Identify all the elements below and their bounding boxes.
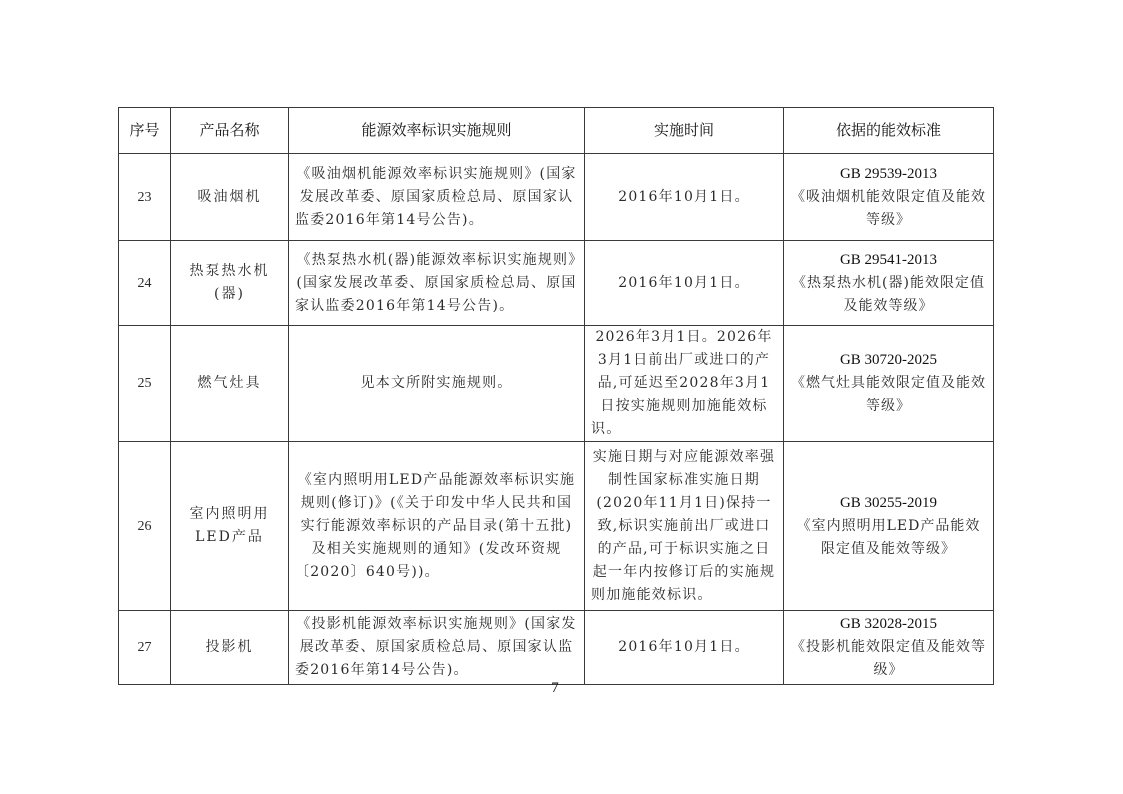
table-header-row: 序号 产品名称 能源效率标识实施规则 实施时间 依据的能效标准	[119, 108, 994, 154]
standard-name: 《投影机能效限定值及能效等级》	[790, 636, 987, 682]
header-product-name: 产品名称	[171, 108, 289, 154]
standard-code: GB 30720-2025	[790, 349, 987, 372]
row-number: 26	[119, 442, 171, 611]
document-page: 序号 产品名称 能源效率标识实施规则 实施时间 依据的能效标准 23 吸油烟机 …	[0, 0, 1123, 794]
efficiency-standard: GB 30255-2019 《室内照明用LED产品能效限定值及能效等级》	[784, 442, 994, 611]
labeling-rule: 《投影机能源效率标识实施规则》(国家发展改革委、原国家质检总局、原国家认监委20…	[289, 611, 585, 685]
row-number: 27	[119, 611, 171, 685]
header-labeling-rule: 能源效率标识实施规则	[289, 108, 585, 154]
standard-name: 《燃气灶具能效限定值及能效等级》	[790, 372, 987, 418]
standard-code: GB 29539-2013	[790, 163, 987, 186]
efficiency-standard: GB 32028-2015 《投影机能效限定值及能效等级》	[784, 611, 994, 685]
table-row: 27 投影机 《投影机能源效率标识实施规则》(国家发展改革委、原国家质检总局、原…	[119, 611, 994, 685]
row-number: 25	[119, 326, 171, 442]
header-efficiency-standard: 依据的能效标准	[784, 108, 994, 154]
row-number: 24	[119, 241, 171, 326]
standard-code: GB 30255-2019	[790, 492, 987, 515]
efficiency-standard: GB 29541-2013 《热泵热水机(器)能效限定值及能效等级》	[784, 241, 994, 326]
standard-code: GB 32028-2015	[790, 613, 987, 636]
standard-name: 《室内照明用LED产品能效限定值及能效等级》	[790, 515, 987, 561]
efficiency-standard: GB 30720-2025 《燃气灶具能效限定值及能效等级》	[784, 326, 994, 442]
header-serial-number: 序号	[119, 108, 171, 154]
page-number: 7	[548, 680, 562, 697]
row-number: 23	[119, 154, 171, 241]
product-name: 室内照明用LED产品	[171, 442, 289, 611]
labeling-rule: 《室内照明用LED产品能源效率标识实施规则(修订)》(《关于印发中华人民共和国实…	[289, 442, 585, 611]
table-row: 23 吸油烟机 《吸油烟机能源效率标识实施规则》(国家发展改革委、原国家质检总局…	[119, 154, 994, 241]
standard-name: 《吸油烟机能效限定值及能效等级》	[790, 186, 987, 232]
implementation-time: 2016年10月1日。	[585, 154, 784, 241]
product-name: 热泵热水机(器)	[171, 241, 289, 326]
standard-name: 《热泵热水机(器)能效限定值及能效等级》	[790, 272, 987, 318]
energy-label-products-table: 序号 产品名称 能源效率标识实施规则 实施时间 依据的能效标准 23 吸油烟机 …	[118, 107, 994, 685]
table-row: 25 燃气灶具 见本文所附实施规则。 2026年3月1日。2026年3月1日前出…	[119, 326, 994, 442]
standard-code: GB 29541-2013	[790, 249, 987, 272]
efficiency-standard: GB 29539-2013 《吸油烟机能效限定值及能效等级》	[784, 154, 994, 241]
product-name: 吸油烟机	[171, 154, 289, 241]
product-name: 投影机	[171, 611, 289, 685]
table-row: 24 热泵热水机(器) 《热泵热水机(器)能源效率标识实施规则》(国家发展改革委…	[119, 241, 994, 326]
labeling-rule: 见本文所附实施规则。	[289, 326, 585, 442]
labeling-rule: 《吸油烟机能源效率标识实施规则》(国家发展改革委、原国家质检总局、原国家认监委2…	[289, 154, 585, 241]
product-name: 燃气灶具	[171, 326, 289, 442]
implementation-time: 2016年10月1日。	[585, 611, 784, 685]
implementation-time: 2026年3月1日。2026年3月1日前出厂或进口的产品,可延迟至2028年3月…	[585, 326, 784, 442]
labeling-rule: 《热泵热水机(器)能源效率标识实施规则》(国家发展改革委、原国家质检总局、原国家…	[289, 241, 585, 326]
implementation-time: 2016年10月1日。	[585, 241, 784, 326]
header-implementation-time: 实施时间	[585, 108, 784, 154]
table-row: 26 室内照明用LED产品 《室内照明用LED产品能源效率标识实施规则(修订)》…	[119, 442, 994, 611]
implementation-time: 实施日期与对应能源效率强制性国家标准实施日期(2020年11月1日)保持一致,标…	[585, 442, 784, 611]
